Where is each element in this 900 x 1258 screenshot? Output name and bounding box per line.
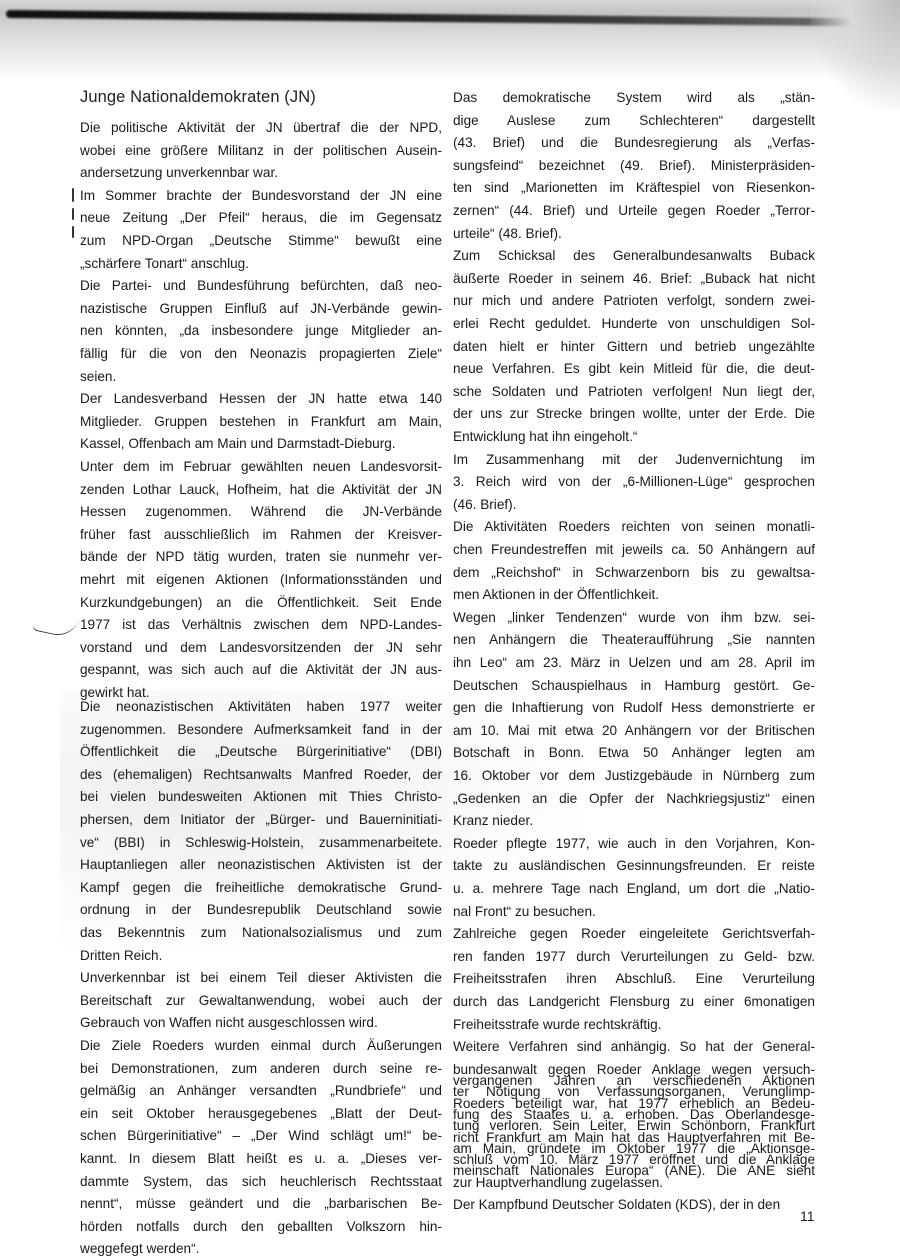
text-line: bände der NPD tätig wurden, traten sie n… (80, 546, 442, 568)
text-line: Unter dem im Februar gewählten neuen Lan… (80, 456, 442, 478)
text-line: ein seit Oktober herausgegebenes „Blatt … (80, 1103, 442, 1125)
text-line: kannt. In diesem Blatt heißt es u. a. „D… (80, 1148, 442, 1170)
text-line: 16. Oktober vor dem Justizgebäude in Nür… (453, 765, 815, 787)
text-line: ten sind „Marionetten im Kräftespiel von… (453, 177, 815, 199)
text-line: Der Kampfbund Deutscher Soldaten (KDS), … (453, 1194, 815, 1216)
text-line: nen könnten, „da insbesondere junge Mitg… (80, 320, 442, 342)
text-line: gen die Inhaftierung von Rudolf Hess dem… (453, 697, 815, 719)
text-line: Die Aktivitäten Roeders reichten von sei… (453, 516, 815, 538)
text-line: am Main, gründete im Oktober 1977 die „A… (453, 1138, 815, 1160)
text-line: „Gedenken an die Opfer der Nachkriegsjus… (453, 788, 815, 810)
text-line: Bereitschaft zur Gewaltanwendung, wobei … (80, 990, 442, 1012)
text-line: chen Freundestreffen mit jeweils ca. 50 … (453, 539, 815, 561)
text-line: Roeder pflegte 1977, wie auch in den Vor… (453, 833, 815, 855)
text-line: Kampf gegen die freiheitliche demokratis… (80, 877, 442, 899)
text-line: daten hielt er hinter Gittern und betrie… (453, 336, 815, 358)
text-line: zum NPD-Organ „Deutsche Stimme“ bewußt e… (80, 230, 442, 252)
text-line: gelmäßig an Anhänger versandten „Rundbri… (80, 1080, 442, 1102)
margin-curve-mark (32, 608, 80, 640)
text-line: „schärfere Tonart“ anschlug. (80, 253, 442, 275)
text-line: Entwicklung hat ihn eingeholt.“ (453, 426, 815, 448)
text-line: bei Demonstrationen, zum anderen durch s… (80, 1058, 442, 1080)
text-line: Deutschen Schauspielhaus in Hamburg gest… (453, 675, 815, 697)
text-line: nazistische Gruppen Einfluß auf JN-Verbä… (80, 298, 442, 320)
text-line: takte zu ausländischen Gesinnungsfreunde… (453, 855, 815, 877)
text-line: Hessen zugenommen. Während die JN-Verbän… (80, 501, 442, 523)
text-line: durch das Landgericht Flensburg zu einer… (453, 991, 815, 1013)
text-line: tung verloren. Sein Leiter, Erwin Schönb… (453, 1115, 815, 1137)
text-line: mehrt mit eigenen Aktionen (Informations… (80, 569, 442, 591)
text-line: Die politische Aktivität der JN übertraf… (80, 117, 442, 139)
text-line: 3. Reich wird von der „6-Millionen-Lüge“… (453, 471, 815, 493)
margin-mark (72, 226, 74, 238)
text-line: vorstand und dem Landesvorsitzenden der … (80, 637, 442, 659)
text-line: ordnung in der Bundesrepublik Deutschlan… (80, 899, 442, 921)
text-line: Die neonazistischen Aktivitäten haben 19… (80, 696, 442, 718)
text-line: zernen“ (44. Brief) und Urteile gegen Ro… (453, 200, 815, 222)
text-line: u. a. mehrere Tage nach England, um dort… (453, 878, 815, 900)
text-line: hörden notfalls durch den geballten Volk… (80, 1216, 442, 1238)
text-line: Das demokratische System wird als „stän- (453, 87, 815, 109)
text-line: äußerte Roeder in seinem 46. Brief: „Bub… (453, 268, 815, 290)
text-line: seien. (80, 366, 442, 388)
text-line: Hauptanliegen aller neonazistischen Akti… (80, 854, 442, 876)
text-line: zugenommen. Besondere Aufmerksamkeit fan… (80, 719, 442, 741)
text-line: schen Bürgerinitiative“ – „Der Wind schl… (80, 1125, 442, 1147)
text-line: bei vielen bundesweiten Aktionen mit Thi… (80, 786, 442, 808)
text-line: Der Landesverband Hessen der JN hatte et… (80, 388, 442, 410)
text-line: Kassel, Offenbach am Main und Darmstadt-… (80, 433, 442, 455)
text-line: (43. Brief) und die Bundesregierung als … (453, 132, 815, 154)
text-line: Öffentlichkeit die „Deutsche Bürgeriniti… (80, 741, 442, 763)
text-line: gespannt, was sich auch auf die Aktivitä… (80, 659, 442, 681)
text-line: das Bekenntnis zum Nationalsozialismus u… (80, 922, 442, 944)
text-line: zenden Lothar Lauck, Hofheim, hat die Ak… (80, 479, 442, 501)
text-line: der uns zur Strecke bringen wollte, unte… (453, 403, 815, 425)
text-line: am 10. Mai mit etwa 20 Anhängern vor der… (453, 720, 815, 742)
text-line: vergangenen Jahren an verschiedenen Akti… (453, 1070, 815, 1092)
text-line: ihn Leo“ am 23. März in Uelzen und am 28… (453, 652, 815, 674)
text-line: sungsfeind“ bezeichnet (49. Brief). Mini… (453, 155, 815, 177)
text-line: fällig für die von den Neonazis propagie… (80, 343, 442, 365)
text-line: Wegen „linker Tendenzen“ wurde von ihm b… (453, 607, 815, 629)
text-line: Kranz nieder. (453, 810, 815, 832)
text-line: wobei eine größere Militanz in der polit… (80, 140, 442, 162)
text-line: dige Auslese zum Schlechteren“ dargestel… (453, 110, 815, 132)
text-line: Zahlreiche gegen Roeder eingeleitete Ger… (453, 923, 815, 945)
margin-mark (72, 188, 74, 202)
text-line: nur mich und andere Patrioten verfolgt, … (453, 290, 815, 312)
text-line: erlei Recht geduldet. Hunderte von unsch… (453, 313, 815, 335)
text-line: Die Ziele Roeders wurden einmal durch Äu… (80, 1035, 442, 1057)
text-line: neue Verfahren. Es gibt kein Mitleid für… (453, 358, 815, 380)
text-line: Freiheitsstrafen ihren Abschluß. Eine Ve… (453, 968, 815, 990)
text-line: dammte System, das sich heuchlerisch Rec… (80, 1171, 442, 1193)
text-line: des (ehemaligen) Rechtsanwalts Manfred R… (80, 764, 442, 786)
text-line: Roeders beteiligt war, hat 1977 erheblic… (453, 1093, 815, 1115)
text-line: Im Sommer brachte der Bundesvorstand der… (80, 185, 442, 207)
text-line: ve“ (BBI) in Schleswig-Holstein, zusamme… (80, 832, 442, 854)
text-line: sche Soldaten und Patrioten verfolgen! N… (453, 381, 815, 403)
text-line: weggefegt werden“. (80, 1238, 442, 1258)
text-line: Unverkennbar ist bei einem Teil dieser A… (80, 967, 442, 989)
text-line: Im Zusammenhang mit der Judenvernichtung… (453, 449, 815, 471)
text-line: phersen, dem Initiator der „Bürger- und … (80, 809, 442, 831)
text-line: Dritten Reich. (80, 945, 442, 967)
text-line: nal Front“ zu besuchen. (453, 901, 815, 923)
text-line: ren fanden 1977 durch Verurteilungen zu … (453, 946, 815, 968)
text-line: 1977 ist das Verhältnis zwischen dem NPD… (80, 614, 442, 636)
text-line: Zum Schicksal des Generalbundesanwalts B… (453, 245, 815, 267)
text-line: urteile“ (48. Brief). (453, 223, 815, 245)
text-line: men Aktionen in der Öffentlichkeit. (453, 584, 815, 606)
margin-mark (72, 208, 74, 220)
text-line: Gebrauch von Waffen nicht ausgeschlossen… (80, 1012, 442, 1034)
text-line: dem „Reichshof“ in Schwarzenborn bis zu … (453, 562, 815, 584)
text-line: Kurzkundgebungen) an die Öffentlichkeit.… (80, 592, 442, 614)
text-line: andersetzung unverkennbar war. (80, 162, 442, 184)
text-line: Freiheitsstrafe wurde rechtskräftig. (453, 1014, 815, 1036)
scan-corner-shadow (810, 0, 900, 110)
text-line: Botschaft in Bonn. Etwa 50 Anhänger legt… (453, 742, 815, 764)
text-line: nen Anhängern die Theateraufführung „Sie… (453, 629, 815, 651)
section-heading-jn: Junge Nationaldemokraten (JN) (80, 88, 316, 107)
text-line: neue Zeitung „Der Pfeil“ heraus, die im … (80, 207, 442, 229)
text-line: (46. Brief). (453, 494, 815, 516)
text-line: Mitglieder. Gruppen bestehen in Frankfur… (80, 411, 442, 433)
text-line: nennt“, müsse geändert und die „barbaris… (80, 1193, 442, 1215)
text-line: Die Partei- und Bundesführung befürchten… (80, 275, 442, 297)
text-line: früher fast ausschließlich im Rahmen der… (80, 524, 442, 546)
text-line: meinschaft Nationales Europa“ (ANE). Die… (453, 1160, 815, 1182)
text-line: Weitere Verfahren sind anhängig. So hat … (453, 1036, 815, 1058)
page-number: 11 (800, 1208, 815, 1224)
